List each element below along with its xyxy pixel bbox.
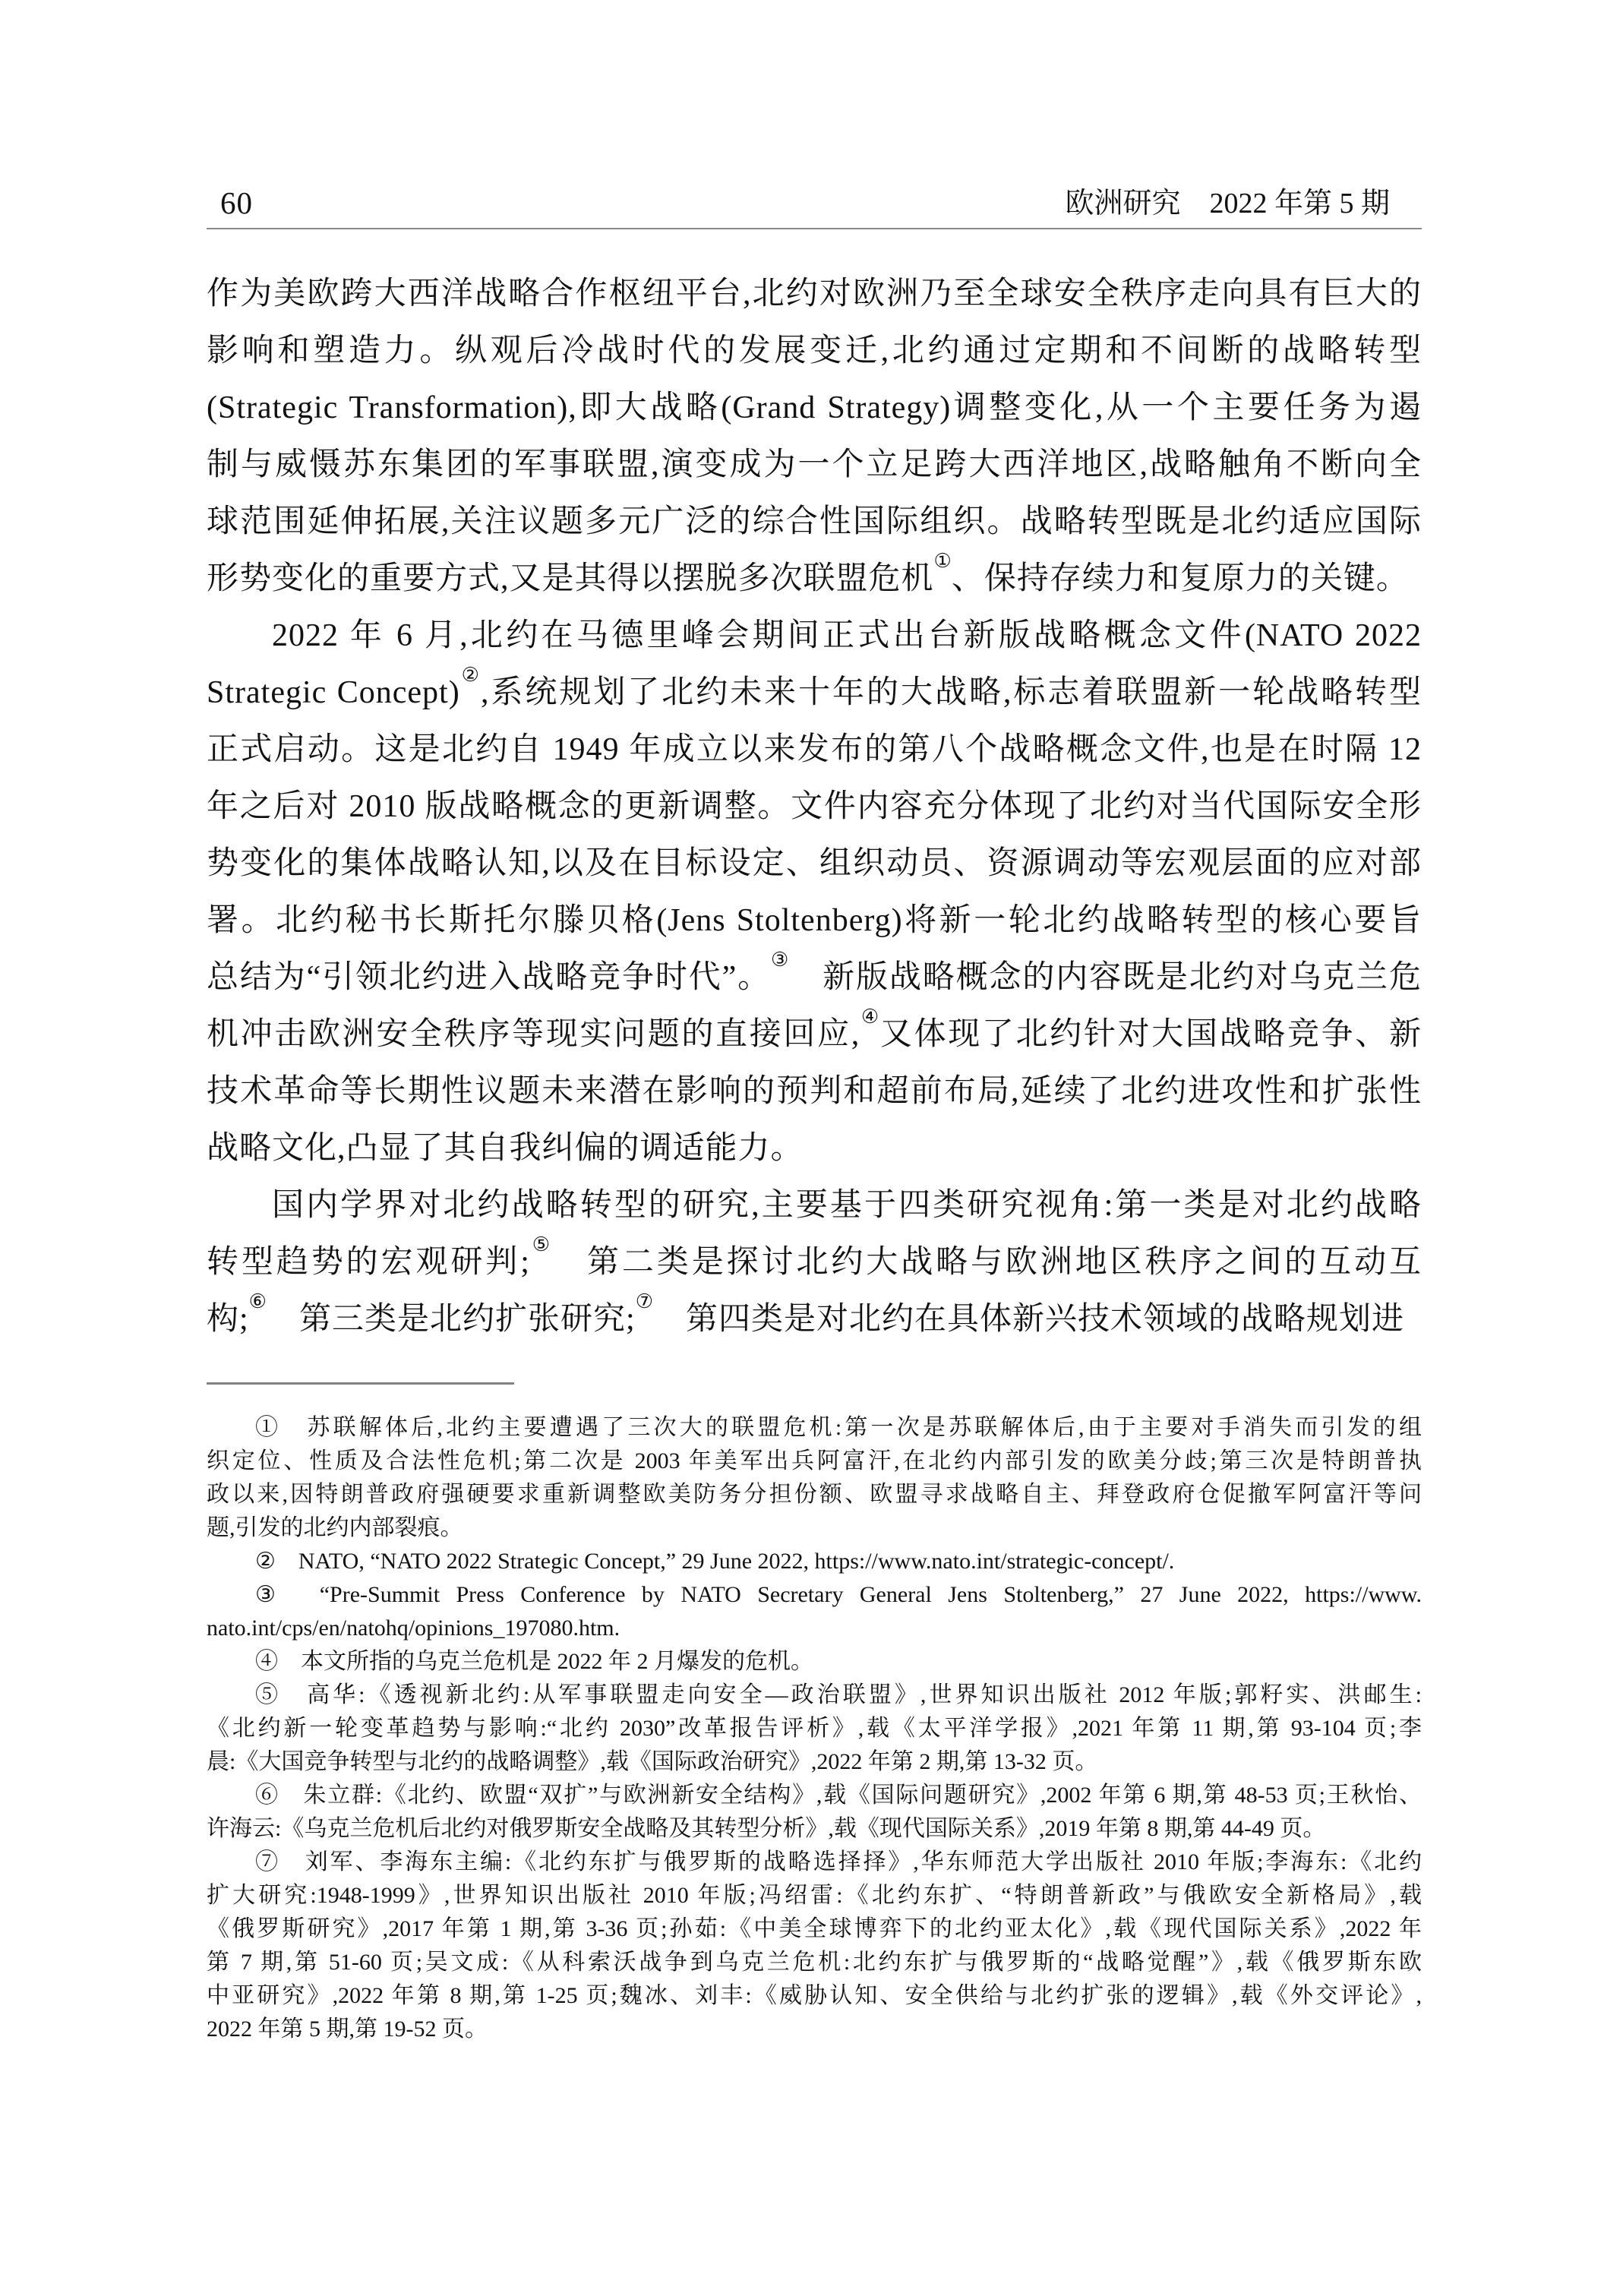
body-line: 技术革命等长期性议题未来潜在影响的预判和超前布局,延续了北约进攻性和扩张性 xyxy=(207,1063,1422,1120)
body-line: 制与威慑苏东集团的军事联盟,演变成为一个立足跨大西洋地区,战略触角不断向全 xyxy=(207,437,1422,494)
body-line: 年之后对 2010 版战略概念的更新调整。文件内容充分体现了北约对当代国际安全形 xyxy=(207,778,1422,835)
footnote-ref: ② xyxy=(460,664,481,686)
footnote-line: 扩大研究:1948-1999》,世界知识出版社 2010 年版;冯绍雷:《北约东… xyxy=(207,1879,1422,1912)
footnote-line: 织定位、性质及合法性危机;第二次是 2003 年美军出兵阿富汗,在北约内部引发的… xyxy=(207,1445,1422,1478)
body-line: 2022 年 6 月,北约在马德里峰会期间正式出台新版战略概念文件(NATO 2… xyxy=(207,608,1422,665)
body-line: 转型趋势的宏观研判;⑤ 第二类是探讨北约大战略与欧洲地区秩序之间的互动互 xyxy=(207,1234,1422,1291)
footnote-ref: ③ xyxy=(771,949,789,971)
footnote-ref: ① xyxy=(934,550,952,572)
footnote-line: nato.int/cps/en/natohq/opinions_197080.h… xyxy=(207,1612,1422,1645)
footnote-ref: ⑦ xyxy=(636,1290,653,1312)
footnote-line: 《俄罗斯研究》,2017 年第 1 期,第 3-36 页;孙茹:《中美全球博弈下… xyxy=(207,1912,1422,1946)
body-line: 战略文化,凸显了其自我纠偏的调适能力。 xyxy=(207,1120,1422,1177)
footnote-line: 题,引发的北约内部裂痕。 xyxy=(207,1511,1422,1545)
body-line: 球范围延伸拓展,关注议题多元广泛的综合性国际组织。战略转型既是北约适应国际 xyxy=(207,494,1422,551)
footnote-line: ⑦ 刘军、李海东主编:《北约东扩与俄罗斯的战略选择择》,华东师范大学出版社 20… xyxy=(207,1846,1422,1879)
body-line: 作为美欧跨大西洋战略合作枢纽平台,北约对欧洲乃至全球安全秩序走向具有巨大的 xyxy=(207,266,1422,323)
page-header: 60 欧洲研究 2022 年第 5 期 xyxy=(207,179,1422,221)
footnote-line: ① 苏联解体后,北约主要遭遇了三次大的联盟危机:第一次是苏联解体后,由于主要对手… xyxy=(207,1411,1422,1445)
footnotes-section: ① 苏联解体后,北约主要遭遇了三次大的联盟危机:第一次是苏联解体后,由于主要对手… xyxy=(207,1411,1422,2046)
footnote-line: 中亚研究》,2022 年第 8 期,第 1-25 页;魏冰、刘丰:《威胁认知、安… xyxy=(207,1979,1422,2013)
body-line: 构;⑥ 第三类是北约扩张研究;⑦ 第四类是对北约在具体新兴技术领域的战略规划进 xyxy=(207,1291,1422,1348)
body-line: 影响和塑造力。纵观后冷战时代的发展变迁,北约通过定期和不间断的战略转型 xyxy=(207,323,1422,380)
body-line: 正式启动。这是北约自 1949 年成立以来发布的第八个战略概念文件,也是在时隔 … xyxy=(207,722,1422,778)
body-line: 机冲击欧洲安全秩序等现实问题的直接回应,④又体现了北约针对大国战略竞争、新 xyxy=(207,1006,1422,1063)
header-rule xyxy=(207,228,1422,229)
page-number: 60 xyxy=(207,185,253,221)
footnote-line: ③ “Pre-Summit Press Conference by NATO S… xyxy=(207,1578,1422,1612)
footnote-line: 许海云:《乌克兰危机后北约对俄罗斯安全战略及其转型分析》,载《现代国际关系》,2… xyxy=(207,1812,1422,1846)
body-line: (Strategic Transformation),即大战略(Grand St… xyxy=(207,380,1422,437)
footnote-ref: ④ xyxy=(860,1006,880,1028)
body-line: 署。北约秘书长斯托尔滕贝格(Jens Stoltenberg)将新一轮北约战略转… xyxy=(207,892,1422,949)
journal-page: 60 欧洲研究 2022 年第 5 期 作为美欧跨大西洋战略合作枢纽平台,北约对… xyxy=(0,0,1623,2296)
footnote-line: 晨:《大国竞争转型与北约的战略调整》,载《国际政治研究》,2022 年第 2 期… xyxy=(207,1745,1422,1779)
footnote-line: 政以来,因特朗普政府强硬要求重新调整欧美防务分担份额、欧盟寻求战略自主、拜登政府… xyxy=(207,1478,1422,1511)
footnote-line: ④ 本文所指的乌克兰危机是 2022 年 2 月爆发的危机。 xyxy=(207,1645,1422,1679)
body-line: 形势变化的重要方式,又是其得以摆脱多次联盟危机①、保持存续力和复原力的关键。 xyxy=(207,551,1422,608)
journal-issue-label: 欧洲研究 2022 年第 5 期 xyxy=(1065,179,1422,221)
page-content: 60 欧洲研究 2022 年第 5 期 作为美欧跨大西洋战略合作枢纽平台,北约对… xyxy=(207,0,1422,2296)
footnote-line: ② NATO, “NATO 2022 Strategic Concept,” 2… xyxy=(207,1545,1422,1578)
footnote-line: ⑤ 高华:《透视新北约:从军事联盟走向安全—政治联盟》,世界知识出版社 2012… xyxy=(207,1679,1422,1712)
footnote-ref: ⑥ xyxy=(249,1290,267,1312)
footnote-line: 《北约新一轮变革趋势与影响:“北约 2030”改革报告评析》,载《太平洋学报》,… xyxy=(207,1712,1422,1745)
footnote-line: 2022 年第 5 期,第 19-52 页。 xyxy=(207,2013,1422,2046)
body-line: 势变化的集体战略认知,以及在目标设定、组织动员、资源调动等宏观层面的应对部 xyxy=(207,835,1422,892)
footnote-line: 第 7 期,第 51-60 页;吴文成:《从科索沃战争到乌克兰危机:北约东扩与俄… xyxy=(207,1946,1422,1979)
footnote-ref: ⑤ xyxy=(530,1233,552,1255)
footnote-line: ⑥ 朱立群:《北约、欧盟“双扩”与欧洲新安全结构》,载《国际问题研究》,2002… xyxy=(207,1779,1422,1812)
body-line: 国内学界对北约战略转型的研究,主要基于四类研究视角:第一类是对北约战略 xyxy=(207,1177,1422,1234)
footnote-separator xyxy=(207,1382,514,1385)
body-line: 总结为“引领北约进入战略竞争时代”。③ 新版战略概念的内容既是北约对乌克兰危 xyxy=(207,949,1422,1006)
article-body: 作为美欧跨大西洋战略合作枢纽平台,北约对欧洲乃至全球安全秩序走向具有巨大的影响和… xyxy=(207,266,1422,1348)
body-line: Strategic Concept)②,系统规划了北约未来十年的大战略,标志着联… xyxy=(207,665,1422,722)
